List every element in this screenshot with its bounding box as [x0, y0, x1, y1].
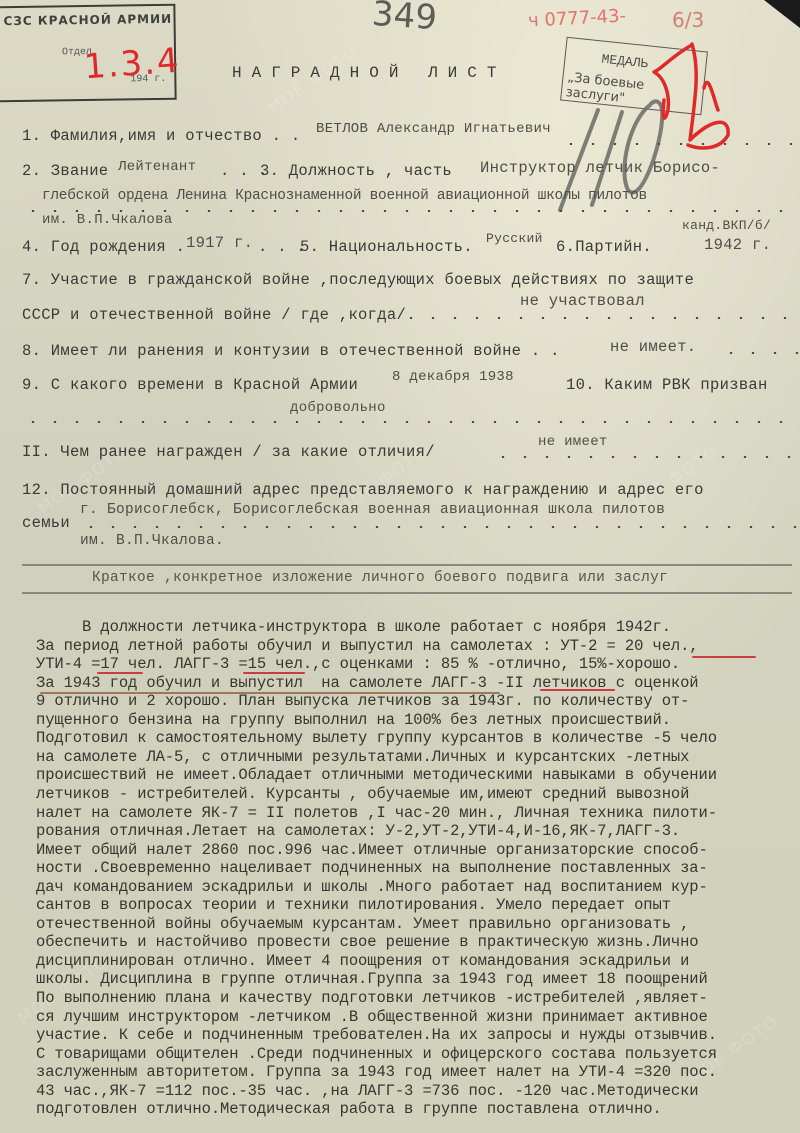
narrative-line: на самолете ЛА-5, с отличными результата…	[36, 748, 689, 766]
field-11-label: II. Чем ранее награжден / за какие отлич…	[22, 443, 435, 461]
narrative-line: ся лучшим инструктором -летчиком .В обще…	[36, 1008, 708, 1026]
narrative-line: участие. К себе и подчиненным требовател…	[36, 1026, 717, 1044]
field-6-label: 6.Партийн.	[556, 238, 652, 256]
field-10-dots	[22, 421, 800, 423]
field-1-value: ВЕТЛОВ Александр Игнатьевич	[316, 121, 551, 137]
narrative-line: отечественной войны обучаемым курсантам.…	[36, 915, 689, 933]
field-10-value: добровольно	[290, 400, 386, 416]
handwritten-registration-number: 1.3.4	[83, 41, 182, 88]
narrative-line: дач командованием эскадрильи и школы .Мн…	[36, 878, 708, 896]
field-2-label: 2. Звание	[22, 162, 108, 180]
narrative-line: Имеет общий налет 2860 пос.996 час.Имеет…	[36, 841, 708, 859]
document-title: НАГРАДНОЙ ЛИСТ	[232, 64, 506, 82]
field-9-label: 9. С какого времени в Красной Армии	[22, 376, 358, 394]
field-5-label: 5. Национальность.	[300, 238, 473, 256]
field-7-label-line2: СССР и отечественной войне / где ,когда/	[22, 306, 406, 324]
narrative-line: ности .Своевременно нацеливает подчиненн…	[36, 859, 708, 877]
field-7-value: не участвовал	[520, 292, 645, 310]
field-8-label: 8. Имеет ли ранения и контузии в отечест…	[22, 342, 560, 360]
red-fraction: 6/3	[672, 8, 704, 32]
field-3-value-line1: Инструктор летчик Борисо-	[480, 159, 720, 177]
field-11-dots	[492, 456, 800, 458]
field-12-label-line2: семьи	[22, 514, 70, 532]
field-12-value-line2: им. В.П.Чкалова.	[80, 533, 224, 549]
narrative-line: подготовлен отлично.Методическая работа …	[36, 1100, 662, 1118]
red-underline	[540, 689, 615, 691]
field-7-dots	[400, 317, 800, 319]
red-underline	[97, 672, 143, 674]
narrative-line: Подготовил к самостоятельному вылету гру…	[36, 729, 717, 747]
field-9-value: 8 декабря 1938	[392, 369, 514, 385]
narrative-line: пущенного бензина на группу выполнил на …	[36, 711, 671, 729]
narrative-line: школы. Дисциплина в группе отличная.Груп…	[36, 970, 708, 988]
narrative-line: 9 отлично и 2 хорошо. План выпуска летчи…	[36, 692, 689, 710]
narrative-line: С товарищами общителен .Среди подчиненны…	[36, 1045, 717, 1063]
army-stamp-line1: СЗС КРАСНОЙ АРМИИ	[3, 12, 172, 28]
scan-corner	[764, 0, 800, 28]
field-6-value-above: канд.ВКП/б/	[682, 218, 771, 233]
field-12-dots	[80, 526, 800, 528]
field-12-label-line1: 12. Постоянный домашний адрес представля…	[22, 481, 704, 499]
narrative-line: УТИ-4 =17 чел. ЛАГГ-3 =15 чел.,с оценкам…	[36, 655, 680, 673]
field-3-value-line2: глебской ордена Ленина Краснознаменной в…	[42, 188, 647, 204]
field-12-value-line1: г. Борисоглебск, Борисоглебская военная …	[80, 502, 665, 518]
summary-heading: Краткое ,конкретное изложение личного бо…	[92, 570, 668, 586]
narrative-line: дисциплинирован отлично. Имеет 4 поощрен…	[36, 952, 689, 970]
red-underline	[692, 656, 756, 658]
field-1-dots	[560, 143, 800, 145]
field-4-dots: . . .	[258, 238, 306, 256]
narrative-line: обеспечить и настойчиво провести свое ре…	[36, 933, 699, 951]
field-3-label: 3. Должность , часть	[260, 162, 452, 180]
field-8-value: не имеет.	[610, 338, 696, 356]
narrative-line: налет на самолете ЯК-7 = II полетов ,I ч…	[36, 804, 717, 822]
field-2-value: Лейтенант	[118, 159, 196, 175]
field-5-value: Русский	[486, 231, 543, 246]
medal-stamp-line1: МЕДАЛЬ	[601, 52, 649, 72]
field-4-value: 1917 г.	[186, 234, 253, 252]
narrative-line: За период летной работы обучил и выпусти…	[36, 637, 699, 655]
field-3-value-line3: им. В.П.Чкалова	[42, 212, 173, 228]
field-10-label: 10. Каким РВК призван	[566, 376, 768, 394]
field-1-label: 1. Фамилия,имя и отчество . .	[22, 127, 300, 145]
field-7-label-line1: 7. Участие в гражданской войне ,последую…	[22, 271, 694, 289]
narrative-line: сантов в вопросах теории и техники пилот…	[36, 896, 671, 914]
red-underline	[243, 672, 305, 674]
section-rule-top	[22, 564, 792, 566]
field-11-value: не имеет	[538, 434, 608, 450]
narrative-line: В должности летчика-инструктора в школе …	[36, 618, 671, 636]
narrative-line: летчиков - истребителей. Курсанты , обуч…	[36, 785, 689, 803]
field-4-label: 4. Год рождения .	[22, 238, 185, 256]
narrative-line: По выполнению плана и качеству подготовк…	[36, 989, 708, 1007]
narrative-line: рования отличная.Летает на самолетах: У-…	[36, 822, 680, 840]
narrative-line: заслуженным авторитетом. Группа за 1943 …	[36, 1063, 717, 1081]
field-8-dots	[720, 352, 800, 354]
section-rule-bottom	[22, 592, 792, 594]
narrative-line: происшествий не имеет.Обладает отличными…	[36, 766, 717, 784]
archive-pencil-number: 349	[371, 0, 439, 38]
narrative-line: 43 час.,ЯК-7 =112 пос.-35 час. ,на ЛАГГ-…	[36, 1082, 699, 1100]
red-underline	[40, 692, 500, 694]
field-6-value: 1942 г.	[704, 236, 771, 254]
